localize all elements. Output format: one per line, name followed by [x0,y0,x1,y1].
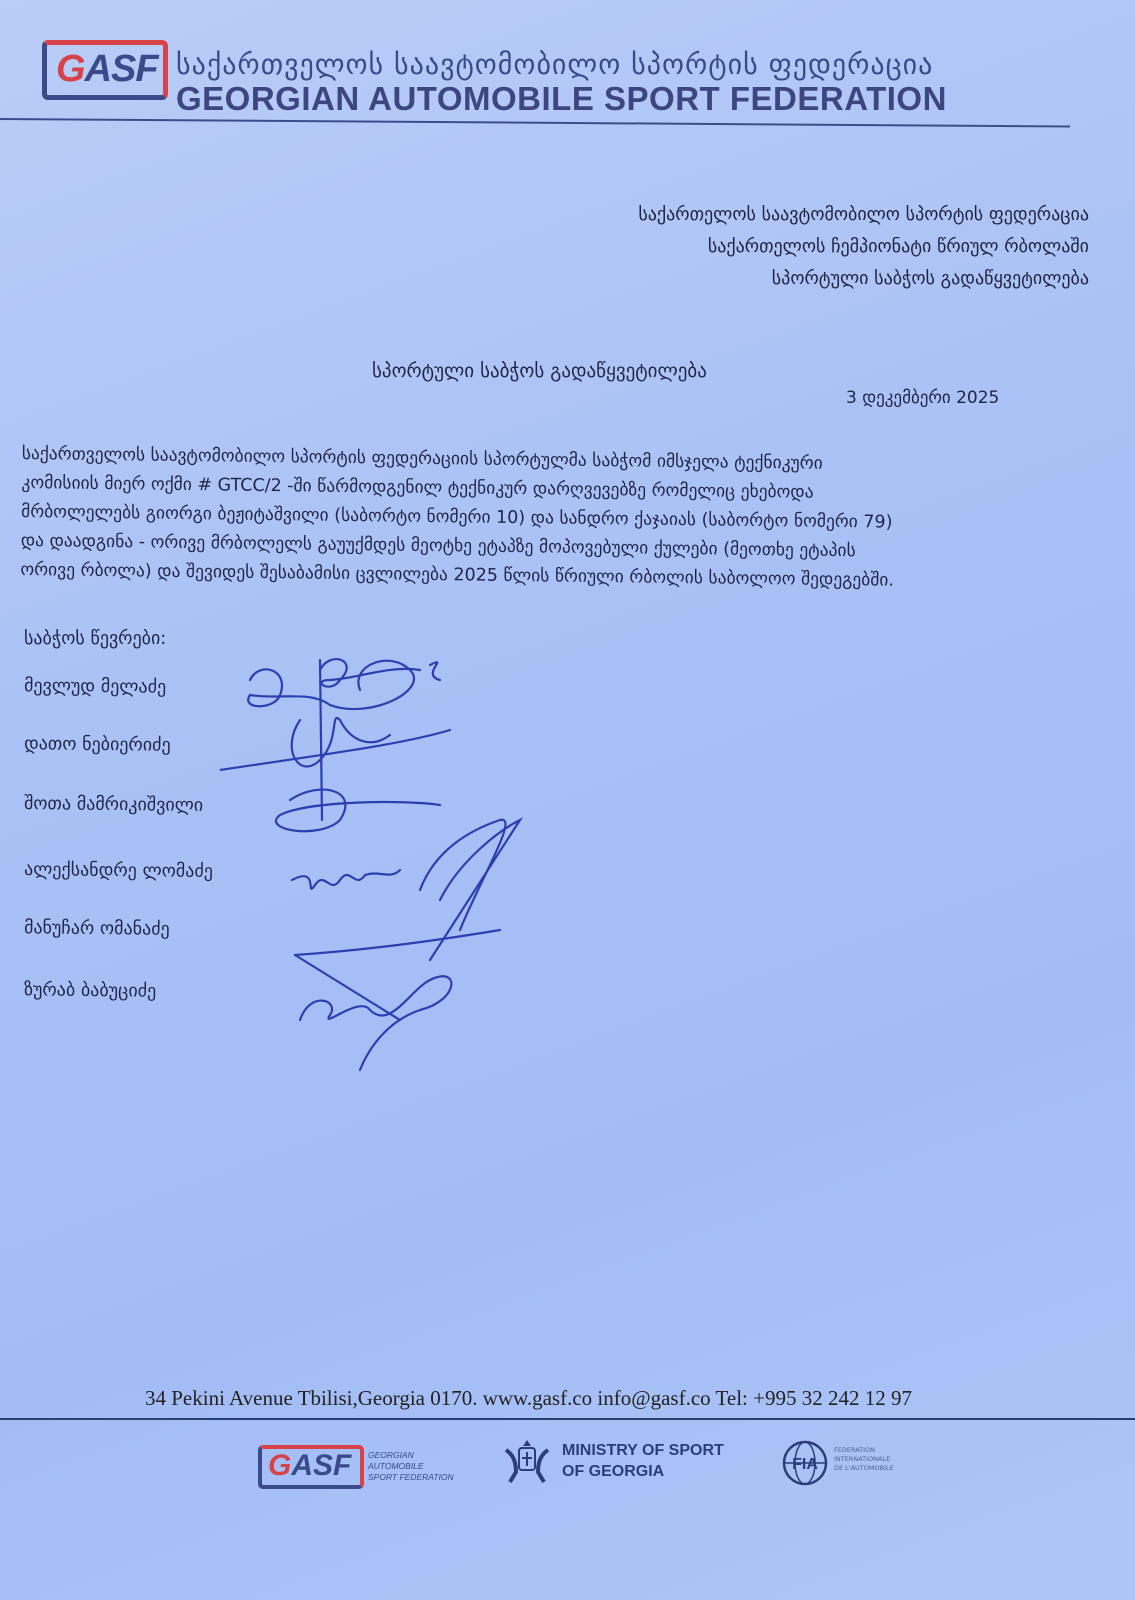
members-label: საბჭოს წევრები: [24,628,166,649]
document-title: სპორტული საბჭოს გადაწყვეტილება [372,360,707,382]
fia-subtitle: FEDERATION INTERNATIONALE DE L'AUTOMOBIL… [834,1446,894,1473]
addressee-line-1: საქართელოს საავტომობილო სპორტის ფედერაცი… [638,204,1089,225]
header-title-georgian: საქართველოს საავტომობილო სპორტის ფედერაც… [176,48,933,81]
member-name: ზურაბ ბაბუციძე [24,979,156,1001]
ministry-crest-icon [502,1436,552,1486]
fia-logo-icon: FIA [782,1440,828,1486]
member-name: დათო ნებიერიძე [24,733,171,756]
header-title-english: GEORGIAN AUTOMOBILE SPORT FEDERATION [176,80,947,118]
signatures [220,650,540,1090]
decision-body: საქართველოს საავტომობილო სპორტის ფედერაც… [20,440,1092,598]
header-divider [0,118,1070,127]
addressee-line-3: სპორტული საბჭოს გადაწყვეტილება [772,268,1089,289]
document-date: 3 დეკემბერი 2025 [846,388,999,408]
member-name: შოთა მამრიკიშვილი [24,793,203,816]
gasf-logo: GASF [56,48,158,91]
footer-gasf-subtitle: GEORGIAN AUTOMOBILE SPORT FEDERATION [368,1450,454,1483]
footer-divider [0,1418,1135,1420]
footer-gasf-logo: GASF [268,1449,351,1483]
member-name: მანუჩარ ომანაძე [24,917,170,940]
footer-contact: 34 Pekini Avenue Tbilisi,Georgia 0170. w… [145,1386,912,1411]
svg-text:FIA: FIA [792,1456,818,1473]
addressee-line-2: საქართელოს ჩემპიონატი წრიულ რბოლაში [708,236,1089,257]
member-name: ალექსანდრე ლომაძე [24,859,213,882]
ministry-name: MINISTRY OF SPORT OF GEORGIA [562,1440,724,1482]
member-name: მევლუდ მელაძე [24,675,166,697]
